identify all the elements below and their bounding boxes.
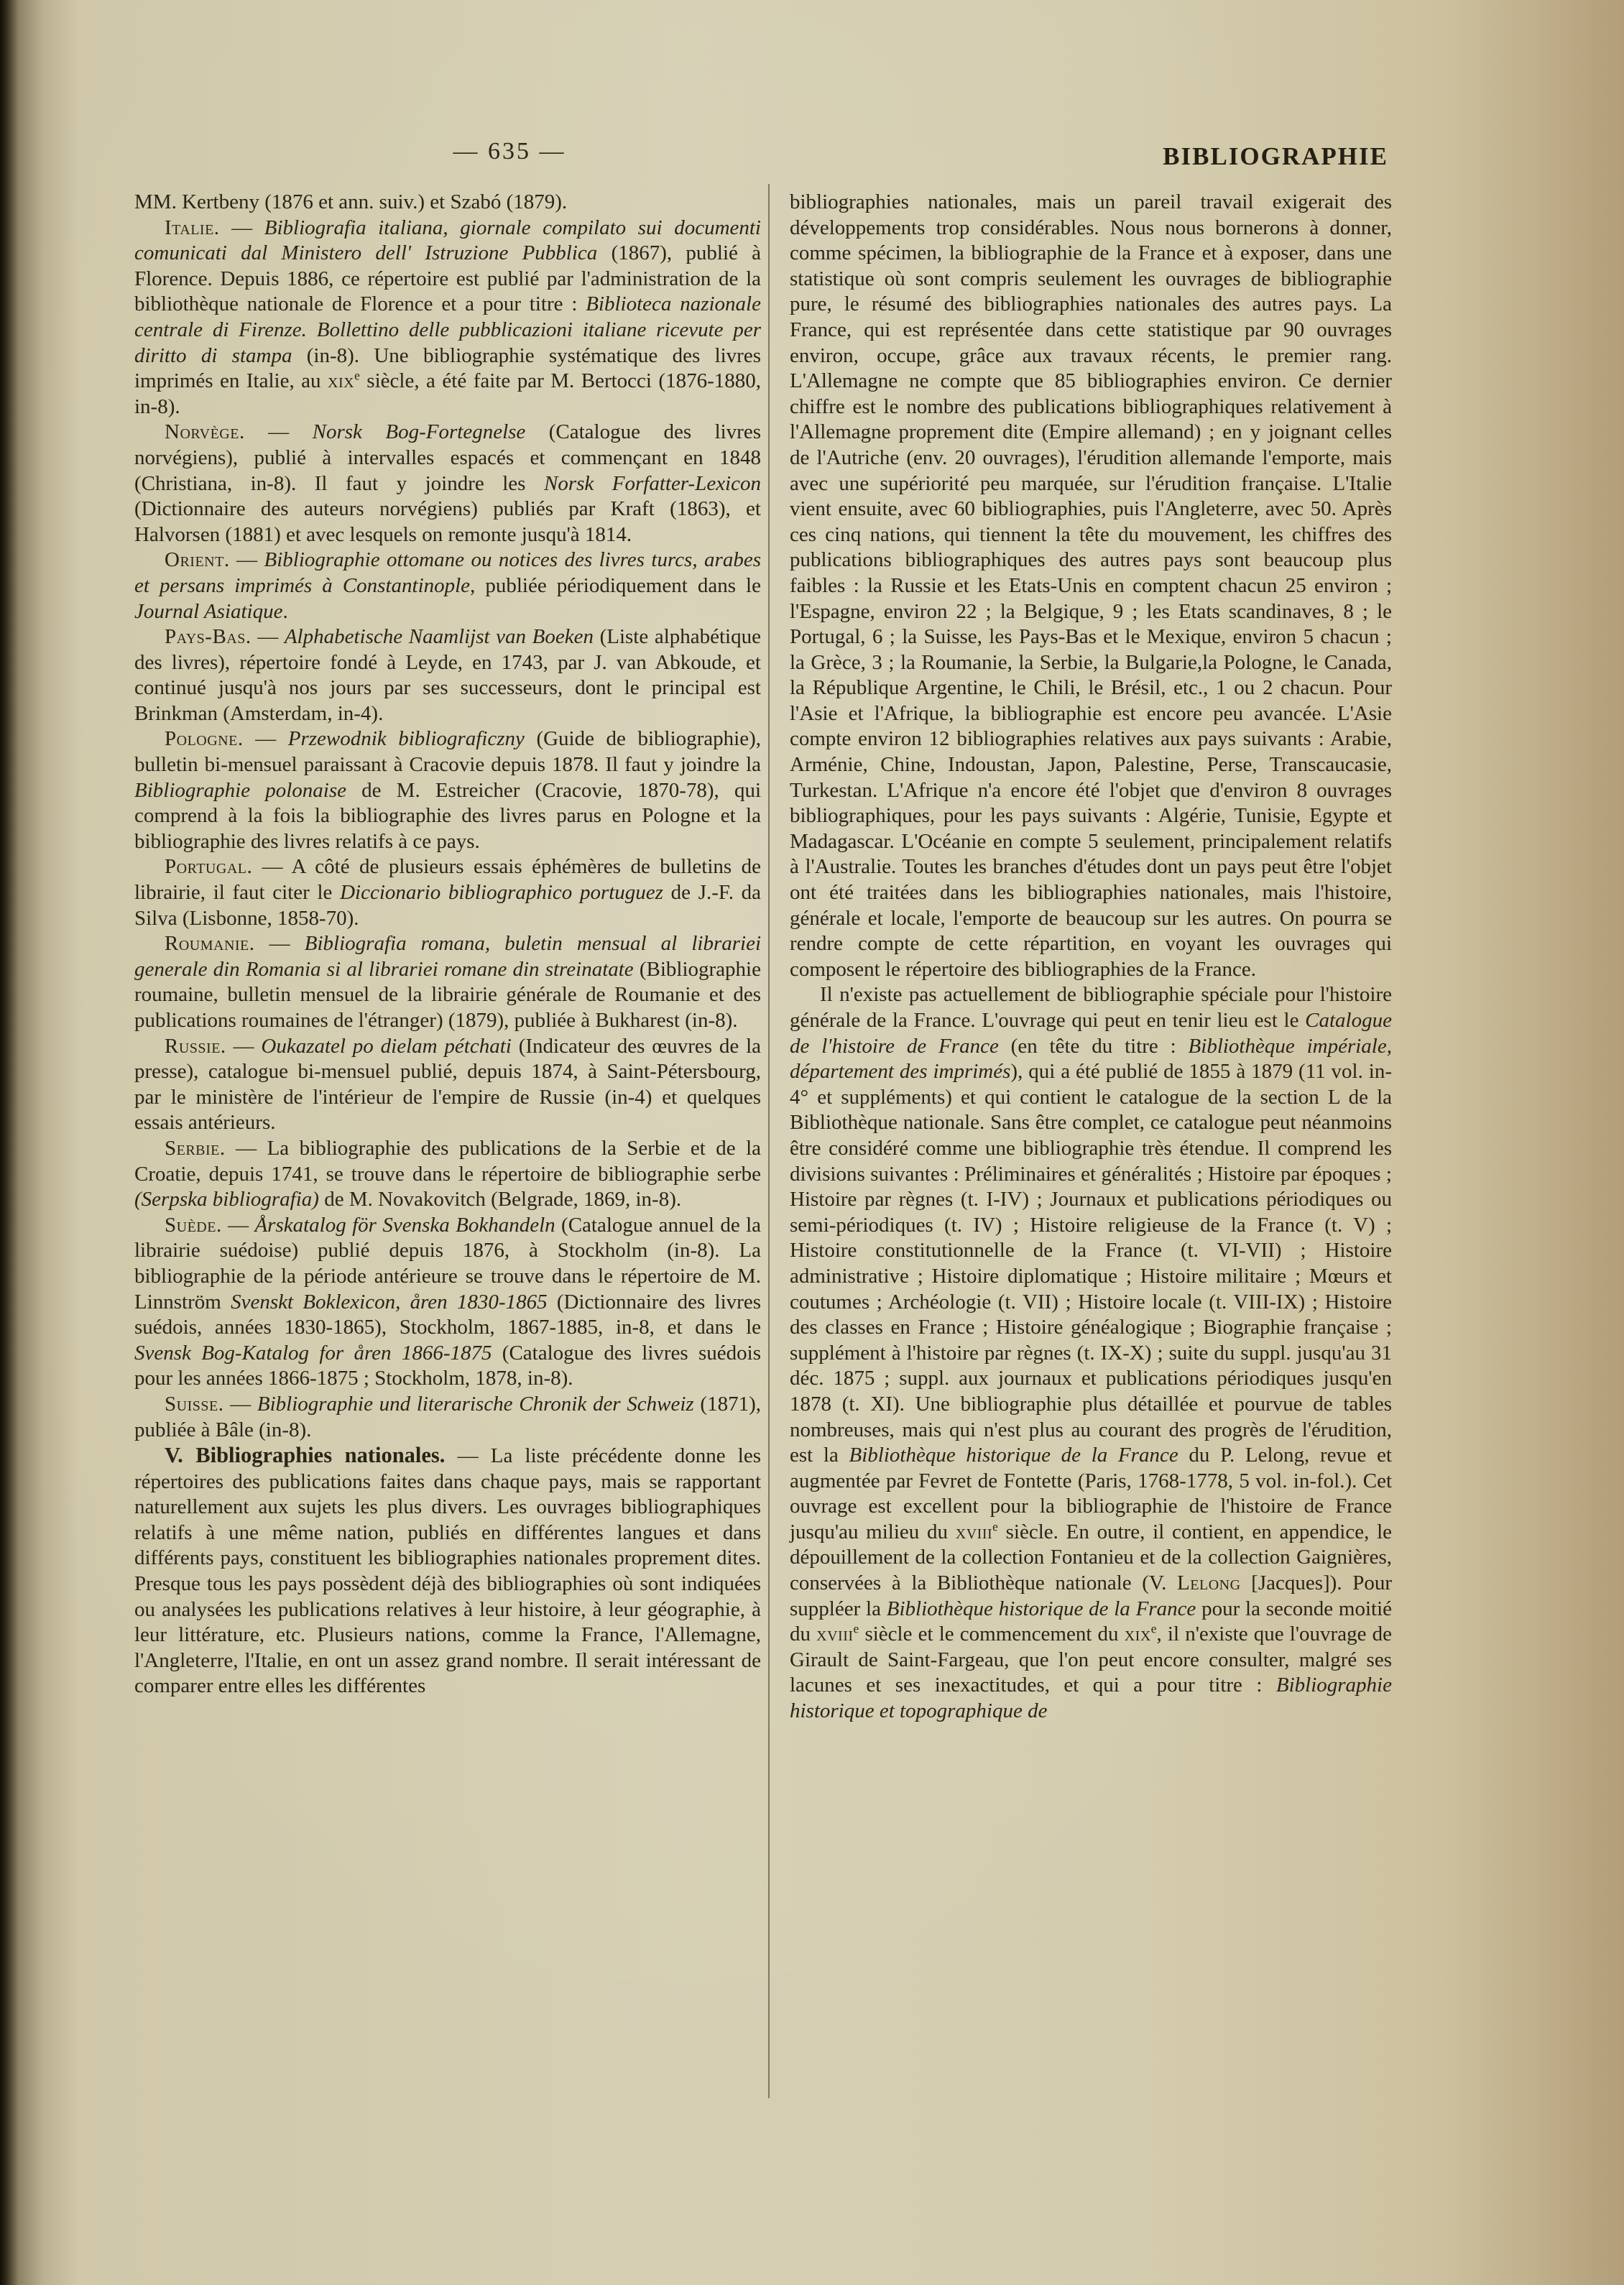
small-caps-label: Italie. (165, 216, 220, 239)
italic-title: Svenskt Boklexicon, åren 1830-1865 (231, 1291, 557, 1314)
italic-title: Norsk Forfatter-Lexicon (544, 472, 761, 495)
italic-title: Norsk Bog-Fortegnelse (313, 420, 549, 443)
italic-title: Bibliographie und literarische Chronik d… (257, 1393, 701, 1416)
small-caps-label: Suisse. (165, 1393, 223, 1416)
section-heading: V. Bibliographies nationales. (165, 1443, 445, 1467)
small-caps-label: Pologne. (165, 727, 244, 750)
paragraph: Pays-Bas. — Alphabetische Naamlijst van … (134, 624, 761, 726)
text-segment: — (230, 548, 264, 571)
italic-title: Bibliographie polonaise (134, 779, 361, 802)
small-caps-label: Russie. (165, 1035, 226, 1058)
book-page: — 635 — BIBLIOGRAPHIE MM. Kertbeny (1876… (0, 0, 1624, 2285)
column-divider (768, 184, 770, 2098)
paragraph: Portugal. — A côté de plusieurs essais é… (134, 854, 761, 931)
text-segment: ), qui a été publié de 1855 à 1879 (11 v… (790, 1060, 1392, 1467)
paragraph: Orient. — Bibliographie ottomane ou noti… (134, 548, 761, 624)
paragraph: V. Bibliographies nationales. — La liste… (134, 1443, 761, 1699)
right-column: bibliographies nationales, mais un parei… (790, 190, 1392, 1725)
italic-title: Svensk Bog-Katalog for åren 1866-1875 (134, 1342, 502, 1365)
text-segment: — (222, 1214, 255, 1237)
small-caps-label: Lelong (1177, 1571, 1240, 1594)
superscript: e (992, 1519, 998, 1533)
small-caps-label: xix (1125, 1622, 1151, 1645)
paragraph: bibliographies nationales, mais un parei… (790, 190, 1392, 982)
small-caps-label: Pays-Bas. (165, 625, 252, 648)
text-segment: — (245, 420, 313, 443)
italic-title: Journal Asiatique (134, 600, 282, 623)
paragraph: Russie. — Oukazatel po dielam pétchati (… (134, 1034, 761, 1136)
paragraph: Roumanie. — Bibliografia romana, buletin… (134, 931, 761, 1033)
paragraph: Italie. — Bibliografia italiana, giornal… (134, 216, 761, 420)
text-segment: — (255, 932, 305, 955)
italic-title: Bibliothèque historique de la France (849, 1444, 1189, 1467)
text-segment: . (282, 600, 287, 623)
text-segment: (Dictionnaire des auteurs norvégiens) pu… (134, 497, 761, 546)
page-right-edge (1452, 0, 1624, 2285)
italic-title: Oukazatel po dielam pétchati (261, 1035, 518, 1058)
text-segment: Il n'existe pas actuellement de bibliogr… (790, 983, 1392, 1032)
text-segment: — (223, 1393, 257, 1416)
italic-title: (Serpska bibliografia) (134, 1188, 324, 1211)
running-title: BIBLIOGRAPHIE (1163, 142, 1388, 171)
small-caps-label: Roumanie. (165, 932, 255, 955)
small-caps-label: Portugal. (165, 855, 252, 878)
italic-title: Årskatalog för Svenska Bokhandeln (254, 1214, 561, 1237)
small-caps-label: xix (328, 369, 354, 392)
small-caps-label: Suède. (165, 1214, 222, 1237)
left-column: MM. Kertbeny (1876 et ann. suiv.) et Sza… (134, 190, 761, 1699)
small-caps-label: Norvège. (165, 420, 245, 443)
superscript: e (1151, 1622, 1157, 1636)
text-segment: de M. Novakovitch (Belgrade, 1869, in-8)… (324, 1188, 681, 1211)
page-number: — 635 — (434, 138, 585, 165)
binding-shadow (0, 0, 79, 2285)
italic-title: Diccionario bibliographico portuguez (340, 881, 671, 904)
small-caps-label: Serbie. (165, 1137, 226, 1160)
text-segment: , publiée périodiquement dans le (470, 574, 761, 597)
italic-title: Bibliothèque historique de la France (887, 1597, 1201, 1620)
paragraph: Serbie. — La bibliographie des publicati… (134, 1136, 761, 1213)
superscript: e (354, 369, 360, 383)
small-caps-label: xviii (816, 1622, 853, 1645)
italic-title: Alphabetische Naamlijst van Boeken (285, 625, 600, 648)
text-segment: bibliographies nationales, mais un parei… (790, 190, 1392, 981)
paragraph: Suisse. — Bibliographie und literarische… (134, 1392, 761, 1443)
text-segment: siècle et le commencement du (859, 1622, 1124, 1645)
paragraph: Pologne. — Przewodnik bibliograficzny (G… (134, 726, 761, 854)
text-segment: MM. Kertbeny (1876 et ann. suiv.) et Sza… (134, 190, 567, 213)
small-caps-label: xviii (956, 1520, 992, 1543)
text-segment: — (226, 1035, 262, 1058)
text-segment: — La bibliographie des publications de l… (134, 1137, 761, 1186)
text-segment: — (252, 625, 285, 648)
text-segment: — (220, 216, 264, 239)
paragraph: MM. Kertbeny (1876 et ann. suiv.) et Sza… (134, 190, 761, 216)
paragraph: Il n'existe pas actuellement de bibliogr… (790, 982, 1392, 1724)
text-segment: — (244, 727, 288, 750)
paragraph: Norvège. — Norsk Bog-Fortegnelse (Catalo… (134, 420, 761, 548)
text-segment: (en tête du titre : (1011, 1035, 1189, 1058)
paragraph: Suède. — Årskatalog för Svenska Bokhande… (134, 1213, 761, 1392)
italic-title: Przewodnik bibliograficzny (288, 727, 537, 750)
small-caps-label: Orient. (165, 548, 230, 571)
text-segment: — La liste précédente donne les répertoi… (134, 1444, 761, 1697)
